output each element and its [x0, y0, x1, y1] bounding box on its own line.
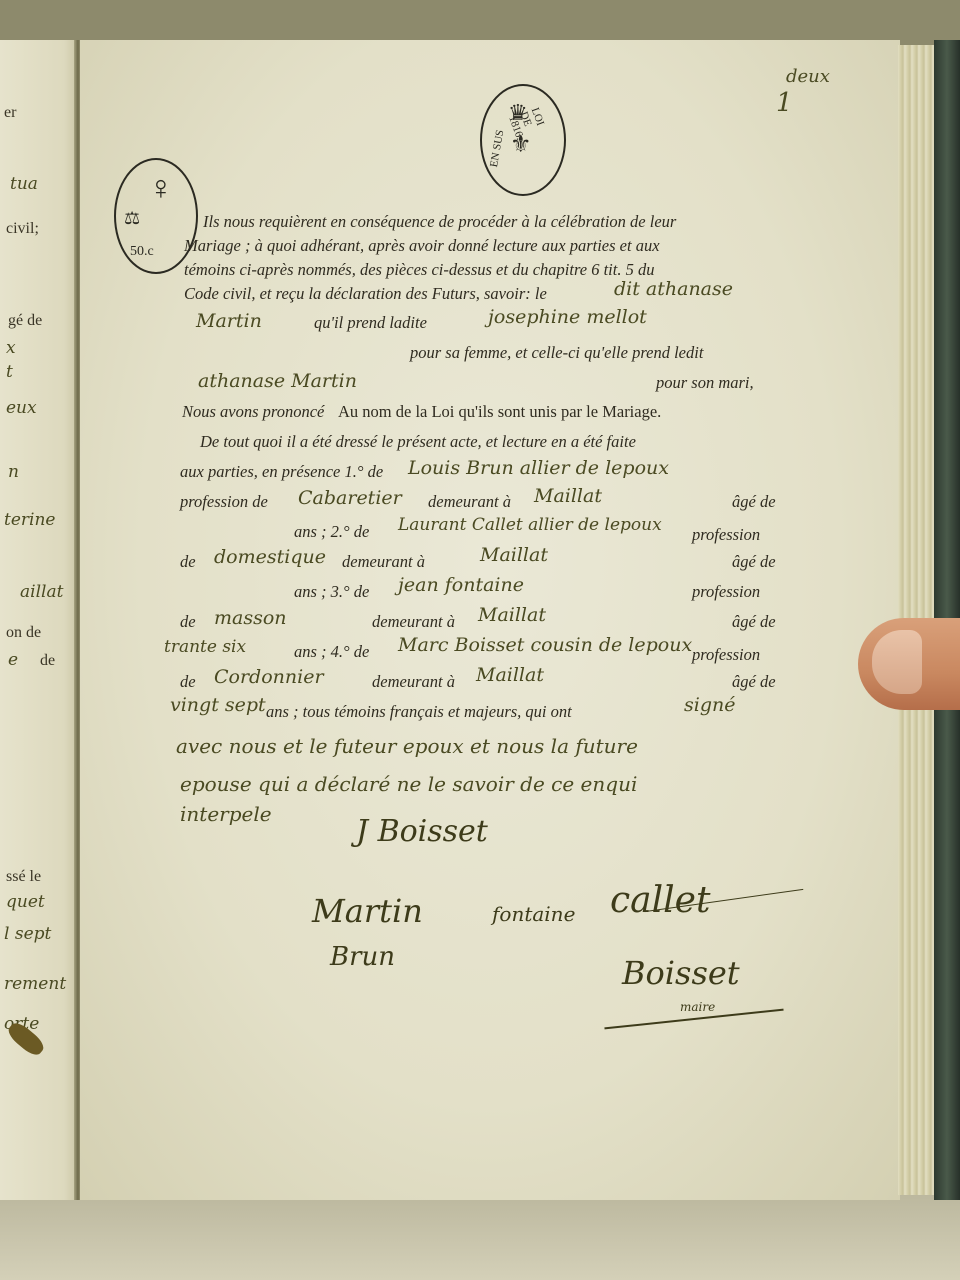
- printed-closing: ans ; tous témoins français et majeurs, …: [266, 702, 572, 722]
- label-ans: ans ; 3.° de: [294, 582, 369, 602]
- label-residence: demeurant à: [372, 612, 455, 632]
- printed-line: Nous avons prononcé: [182, 402, 324, 422]
- printed-line: Ils nous requièrent en conséquence de pr…: [203, 212, 676, 232]
- handwritten-closing: epouse qui a déclaré ne le savoir de ce …: [180, 772, 637, 796]
- label-age: âgé de: [732, 672, 776, 692]
- stamp-value: 50.c: [130, 244, 154, 260]
- label-de: de: [180, 552, 196, 572]
- handwritten-witness3-profession: masson: [214, 607, 287, 629]
- handwritten-witness4-profession: Cordonnier: [214, 666, 324, 688]
- left-fragment: e: [8, 650, 18, 670]
- handwritten-witness2-residence: Maillat: [480, 544, 548, 566]
- handwritten-witness2-profession: domestique: [214, 546, 326, 568]
- printed-line: pour sa femme, et celle-ci qu'elle prend…: [410, 343, 703, 363]
- handwritten-witness1-profession: Cabaretier: [298, 487, 402, 509]
- left-fragment: de: [40, 652, 55, 670]
- left-fragment: eux: [6, 398, 37, 418]
- label-profession: profession: [692, 525, 760, 545]
- left-fragment: aillat: [20, 582, 63, 602]
- label-age: âgé de: [732, 612, 776, 632]
- printed-line: qu'il prend ladite: [314, 313, 427, 333]
- printed-line: Au nom de la Loi qu'ils sont unis par le…: [338, 402, 661, 422]
- fiscal-stamp: ♛ ⚜ LOI DE 1816. EN SUS: [480, 84, 566, 196]
- left-fragment: l sept: [4, 924, 51, 944]
- left-fragment: n: [8, 462, 19, 482]
- signature: J Boisset: [356, 814, 488, 849]
- tax-stamp: ♀ ⚖ 50.c: [114, 158, 198, 274]
- label-profession: profession: [692, 582, 760, 602]
- label-residence: demeurant à: [372, 672, 455, 692]
- signature: callet: [610, 880, 710, 921]
- label-age: âgé de: [732, 492, 776, 512]
- printed-line: Code civil, et reçu la déclaration des F…: [184, 284, 547, 304]
- left-fragment: ssé le: [6, 868, 41, 886]
- handwritten-witness1: Louis Brun allier de lepoux: [408, 457, 669, 479]
- label-de: de: [180, 612, 196, 632]
- left-fragment: t: [6, 362, 13, 382]
- justice-figure-icon: ♀: [148, 170, 174, 208]
- left-fragment: er: [4, 104, 16, 122]
- handwritten-groom-surname: Martin: [196, 310, 262, 332]
- left-fragment: quet: [6, 892, 45, 912]
- scales-icon: ⚖: [124, 208, 140, 229]
- handwritten-groom-full: athanase Martin: [198, 370, 357, 392]
- page-mark: 1: [776, 88, 793, 118]
- printed-line: pour son mari,: [656, 373, 754, 393]
- stamp-sus-text: EN SUS: [488, 129, 506, 168]
- handwritten-groom: dit athanase: [614, 278, 733, 300]
- signature: Brun: [330, 942, 395, 972]
- handwritten-witness4: Marc Boisset cousin de lepoux: [398, 634, 692, 656]
- printed-line: témoins ci-après nommés, des pièces ci-d…: [184, 260, 654, 280]
- handwritten-witness3-residence: Maillat: [478, 604, 546, 626]
- handwritten-closing: interpele: [180, 802, 272, 826]
- handwritten-bride: josephine mellot: [488, 306, 647, 328]
- handwritten-witness3-age: trante six: [164, 637, 246, 657]
- left-fragment: rement: [4, 974, 66, 994]
- label-ans: ans ; 4.° de: [294, 642, 369, 662]
- label-residence: demeurant à: [342, 552, 425, 572]
- signature: Martin: [312, 892, 423, 930]
- left-fragment: civil;: [6, 220, 39, 238]
- handwritten-witness3: jean fontaine: [398, 574, 524, 596]
- left-page: er tua civil; gé de x t eux n terine ail…: [0, 40, 80, 1200]
- printed-line: De tout quoi il a été dressé le présent …: [200, 432, 636, 452]
- label-de: de: [180, 672, 196, 692]
- signature-mayor: Boisset: [622, 954, 740, 992]
- left-fragment: terine: [4, 510, 55, 530]
- handwritten-witness4-residence: Maillat: [476, 664, 544, 686]
- handwritten-signed: signé: [684, 694, 735, 716]
- label-age: âgé de: [732, 552, 776, 572]
- printed-line: aux parties, en présence 1.° de: [180, 462, 383, 482]
- label-ans: ans ; 2.° de: [294, 522, 369, 542]
- left-fragment: on de: [6, 624, 41, 642]
- printed-line: Mariage ; à quoi adhérant, après avoir d…: [184, 236, 660, 256]
- handwritten-witness4-age: vingt sept: [170, 694, 266, 716]
- handwritten-witness1-residence: Maillat: [534, 485, 602, 507]
- handwritten-closing: avec nous et le futeur epoux et nous la …: [176, 734, 638, 758]
- left-fragment: x: [6, 338, 16, 358]
- left-fragment: gé de: [8, 312, 42, 330]
- label-profession: profession: [692, 645, 760, 665]
- page-number: deux: [786, 66, 830, 87]
- left-fragment: tua: [10, 174, 38, 194]
- label-profession: profession de: [180, 492, 268, 512]
- signature: fontaine: [492, 902, 575, 926]
- handwritten-witness2: Laurant Callet allier de lepoux: [398, 515, 662, 535]
- thumbnail: [872, 630, 922, 694]
- signature-title: maire: [680, 1000, 715, 1014]
- label-residence: demeurant à: [428, 492, 511, 512]
